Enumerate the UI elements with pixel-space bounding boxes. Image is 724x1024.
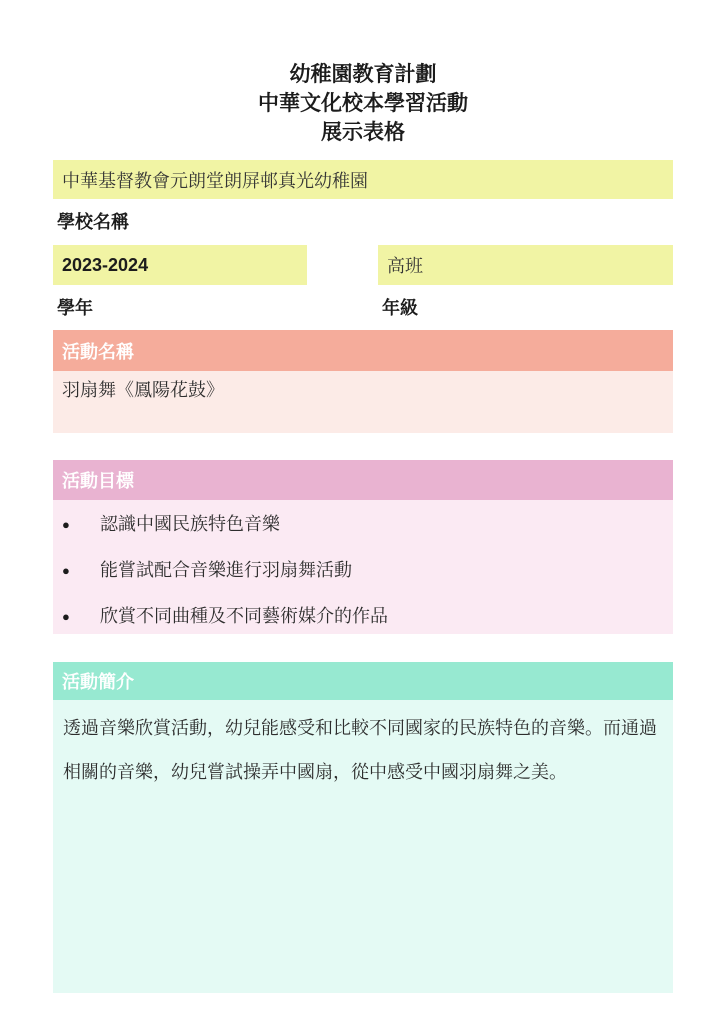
activity-name-section: 活動名稱 羽扇舞《鳳陽花鼓》 bbox=[53, 330, 673, 433]
activity-name-value: 羽扇舞《鳳陽花鼓》 bbox=[53, 371, 673, 433]
document-title: 幼稚園教育計劃 中華文化校本學習活動 展示表格 bbox=[53, 60, 673, 147]
list-item: ● 欣賞不同曲種及不同藝術媒介的作品 bbox=[62, 606, 664, 627]
school-name-label: 學校名稱 bbox=[53, 208, 673, 236]
bullet-icon: ● bbox=[62, 560, 100, 581]
activity-name-header: 活動名稱 bbox=[53, 330, 673, 371]
title-line-3: 展示表格 bbox=[53, 118, 673, 147]
intro-section: 活動簡介 透過音樂欣賞活動，幼兒能感受和比較不同國家的民族特色的音樂。而通過相關… bbox=[53, 662, 673, 993]
objectives-header: 活動目標 bbox=[53, 460, 673, 500]
title-line-1: 幼稚園教育計劃 bbox=[53, 60, 673, 89]
school-year-value: 2023-2024 bbox=[53, 245, 307, 285]
list-item: ● 認識中國民族特色音樂 bbox=[62, 514, 664, 535]
objectives-section: 活動目標 ● 認識中國民族特色音樂 ● 能嘗試配合音樂進行羽扇舞活動 ● 欣賞不… bbox=[53, 460, 673, 634]
document-page: 幼稚園教育計劃 中華文化校本學習活動 展示表格 中華基督教會元朗堂朗屏邨真光幼稚… bbox=[0, 60, 724, 993]
title-line-2: 中華文化校本學習活動 bbox=[53, 89, 673, 118]
bullet-icon: ● bbox=[62, 606, 100, 627]
year-grade-row: 2023-2024 學年 高班 年級 bbox=[53, 245, 673, 322]
intro-text: 透過音樂欣賞活動，幼兒能感受和比較不同國家的民族特色的音樂。而通過相關的音樂，幼… bbox=[63, 706, 663, 794]
grade-value: 高班 bbox=[378, 245, 673, 285]
objective-text: 欣賞不同曲種及不同藝術媒介的作品 bbox=[100, 606, 388, 627]
objectives-body: ● 認識中國民族特色音樂 ● 能嘗試配合音樂進行羽扇舞活動 ● 欣賞不同曲種及不… bbox=[53, 500, 673, 634]
grade-label: 年級 bbox=[378, 294, 673, 322]
grade-column: 高班 年級 bbox=[378, 245, 673, 322]
year-column: 2023-2024 學年 bbox=[53, 245, 307, 322]
intro-body: 透過音樂欣賞活動，幼兒能感受和比較不同國家的民族特色的音樂。而通過相關的音樂，幼… bbox=[53, 700, 673, 993]
bullet-icon: ● bbox=[62, 514, 100, 535]
objectives-list: ● 認識中國民族特色音樂 ● 能嘗試配合音樂進行羽扇舞活動 ● 欣賞不同曲種及不… bbox=[62, 514, 664, 627]
objective-text: 認識中國民族特色音樂 bbox=[100, 514, 280, 535]
objective-text: 能嘗試配合音樂進行羽扇舞活動 bbox=[100, 560, 352, 581]
list-item: ● 能嘗試配合音樂進行羽扇舞活動 bbox=[62, 560, 664, 581]
school-name-value: 中華基督教會元朗堂朗屏邨真光幼稚園 bbox=[53, 160, 673, 199]
intro-header: 活動簡介 bbox=[53, 662, 673, 700]
school-year-label: 學年 bbox=[53, 294, 307, 322]
